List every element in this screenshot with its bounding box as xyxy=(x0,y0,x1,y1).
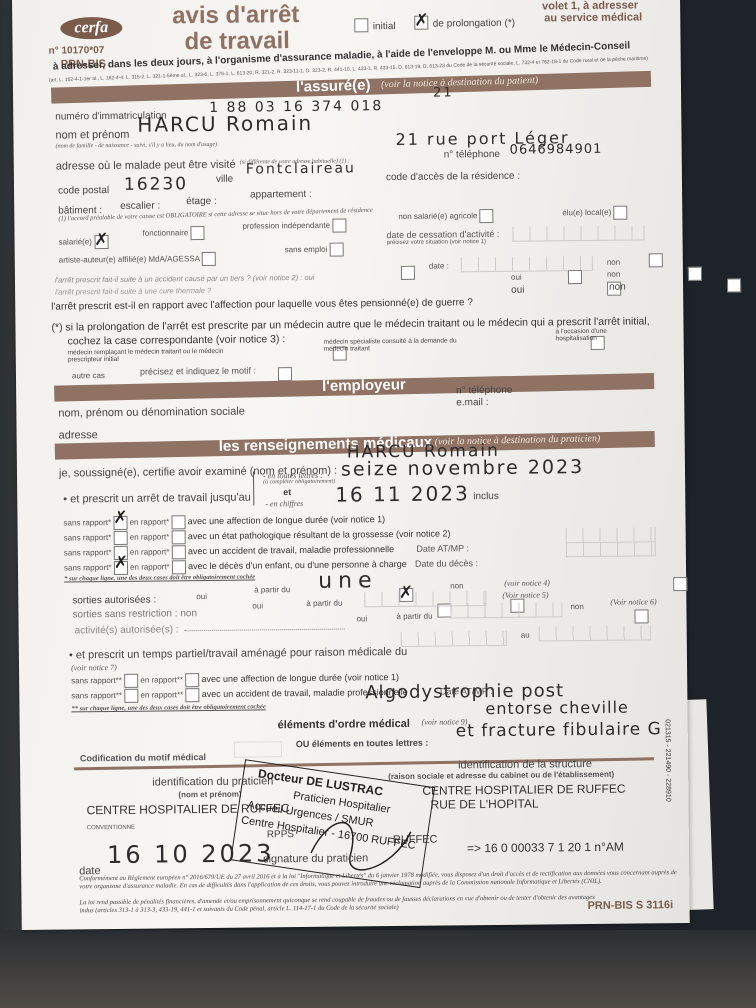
artiste-checkbox[interactable] xyxy=(202,252,216,266)
escalier-label: escalier : xyxy=(120,200,160,211)
temps-partiel-label: • et prescrit un temps partiel/travail a… xyxy=(69,646,407,662)
activites-a-partir-label: à partir du xyxy=(396,612,432,621)
voir-notice-6: (Voir notice 6) xyxy=(610,597,656,606)
telephone-label: n° téléphone xyxy=(444,149,500,161)
agricole-checkbox[interactable] xyxy=(480,209,494,223)
et-label: et xyxy=(283,487,291,497)
employeur-email-label: e.mail : xyxy=(456,397,488,408)
identification-structure-note: (raison sociale et adresse du cabinet ou… xyxy=(388,770,614,781)
partiel-atmp-sans-checkbox[interactable] xyxy=(124,689,138,703)
pension-non-checkbox[interactable] xyxy=(727,278,741,292)
page-title-line2: de travail xyxy=(184,27,290,56)
cure-question: l'arrêt prescrit fait-il suite à une cur… xyxy=(55,286,211,297)
autre-cas-label: autre cas xyxy=(72,371,105,380)
sorties-a-partir-label: à partir du xyxy=(254,585,290,594)
activites-oui-label: oui xyxy=(356,614,367,623)
immatriculation-key-field[interactable]: 21 xyxy=(433,85,454,100)
partiel-ald-sans-checkbox[interactable] xyxy=(124,674,138,688)
tiers-non-checkbox[interactable] xyxy=(649,253,663,267)
motif-label: précisez et indiquez le motif : xyxy=(140,365,256,376)
chiffres-label: - en chiffres xyxy=(265,499,303,508)
appartement-label: appartement : xyxy=(250,189,312,201)
volet-line2: au service médical xyxy=(544,11,642,24)
prolongation-note-2: cochez la case correspondante (voir noti… xyxy=(68,333,286,347)
activites-field[interactable] xyxy=(185,629,345,632)
chaque-ligne-note: * sur chaque ligne, une des deux cases d… xyxy=(64,573,255,582)
inclus-label: inclus xyxy=(473,491,499,502)
statut-elu[interactable]: élu(e) local(e) xyxy=(562,206,627,221)
sorties-date-field[interactable]: une xyxy=(318,568,378,594)
identification-praticien-note: (nom et prénom) xyxy=(178,790,241,800)
employeur-telephone-label: n° téléphone xyxy=(456,385,512,397)
date-deces-field[interactable] xyxy=(566,541,656,557)
cure-non-checkbox[interactable] xyxy=(688,267,702,281)
prolongation-option[interactable]: de prolongation (*) xyxy=(414,13,515,32)
etablissement-adresse: RUE DE L'HOPITAL xyxy=(430,797,538,812)
nom-note: (nom de famille - de naissance - suivi, … xyxy=(56,142,218,150)
elements-medicaux-label: éléments d'ordre médical xyxy=(278,718,410,731)
cerfa-logo: cerfa xyxy=(60,17,122,40)
statut-independant[interactable]: profession indépendante xyxy=(242,219,346,234)
statut-artiste[interactable]: artiste-auteur(e) affilié(e) MdA/AGESSA xyxy=(59,252,216,268)
codification-label: Codification du motif médical xyxy=(80,752,206,763)
signature-date-field[interactable]: 16 10 2023 xyxy=(107,839,275,869)
ald-en-rapport-checkbox[interactable] xyxy=(171,515,185,529)
hospitalisation-option[interactable]: à l'occasion d'une hospitalisation xyxy=(556,328,626,343)
sorties-oui-label: oui xyxy=(196,592,207,601)
sorties-sans-restriction-label: sorties sans restriction : non xyxy=(72,608,197,620)
statut-agricole[interactable]: non salarié(e) agricole xyxy=(398,209,494,224)
sans-restriction-oui-label: oui xyxy=(252,601,263,610)
voir-notice-5: (Voir notice 5) xyxy=(502,590,548,599)
legal-notice-1: Conformément au Règlement européen n° 20… xyxy=(79,869,679,891)
cessation-note: précisez votre situation (voir notice 1) xyxy=(387,239,486,246)
initial-checkbox[interactable] xyxy=(354,18,368,32)
page-title-line1: avis d'arrêt xyxy=(172,1,299,30)
tiers-oui-checkbox[interactable] xyxy=(401,266,415,280)
activites-non-label: non xyxy=(570,602,583,611)
grossesse-en-rapport-checkbox[interactable] xyxy=(171,530,185,544)
chaque-ligne-note-2: ** sur chaque ligne, une des deux cases … xyxy=(71,703,265,712)
conventionne-label: CONVENTIONNE xyxy=(87,825,135,832)
statut-salarie[interactable]: salarié(e) xyxy=(59,235,109,250)
form-reference: PRN-BIS S 3116i xyxy=(587,899,673,912)
code-postal-field[interactable]: 16230 xyxy=(124,174,188,195)
sick-leave-form: cerfa n° 10170*07 PRN-BIS avis d'arrêt d… xyxy=(12,0,690,930)
partiel-atmp-en-checkbox[interactable] xyxy=(185,688,199,702)
cessation-date-field[interactable] xyxy=(512,225,644,241)
temps-partiel-du-field[interactable] xyxy=(401,631,507,647)
employeur-nom-label: nom, prénom ou dénomination sociale xyxy=(58,406,245,420)
etablissement-right: CENTRE HOSPITALIER DE RUFFEC xyxy=(422,782,625,798)
grossesse-sans-rapport-checkbox[interactable] xyxy=(113,531,127,545)
sorties-non-label: non xyxy=(450,581,463,590)
table-surface-bottom xyxy=(0,930,756,1008)
arret-date-chiffres-field[interactable]: 16 11 2023 xyxy=(335,481,470,506)
legal-notice-2: La loi rend passible de pénalités financ… xyxy=(79,894,599,915)
sorties-non-checkbox[interactable] xyxy=(673,577,687,591)
prolongation-checkbox[interactable] xyxy=(414,15,428,29)
initial-option[interactable]: initial xyxy=(354,16,395,34)
medecin-remplacant-option[interactable]: médecin remplaçant le médecin traitant o… xyxy=(68,348,228,364)
temps-partiel-au-field[interactable] xyxy=(539,625,651,641)
elu-checkbox[interactable] xyxy=(613,206,627,220)
salarie-checkbox[interactable] xyxy=(94,235,108,249)
tiers-question: l'arrêt prescrit fait-il suite à un acci… xyxy=(55,273,315,285)
deces-sans-rapport-checkbox[interactable] xyxy=(114,561,128,575)
ville-field[interactable]: Fontclaireau xyxy=(246,160,356,177)
atmp-en-rapport-checkbox[interactable] xyxy=(172,545,186,559)
rapports-grid: sans rapport* en rapport* avec une affec… xyxy=(63,511,478,575)
telephone-field[interactable]: 0646984901 xyxy=(510,142,603,158)
activites-oui-checkbox[interactable] xyxy=(635,609,649,623)
sans-emploi-checkbox[interactable] xyxy=(330,243,344,257)
statut-sans-emploi[interactable]: sans emploi xyxy=(285,243,344,258)
ou-elements-label: OU éléments en toutes lettres : xyxy=(296,738,429,749)
activites-label: activité(s) autorisée(s) : xyxy=(75,624,179,636)
side-code-main: 021315 - 221490 - 228910 xyxy=(664,719,672,802)
form-number: n° 10170*07 xyxy=(49,45,105,57)
nom-label: nom et prénom xyxy=(55,129,129,142)
pension-question: l'arrêt prescrit est-il en rapport avec … xyxy=(51,297,473,312)
independant-checkbox[interactable] xyxy=(332,219,346,233)
activites-date-field[interactable] xyxy=(450,602,562,618)
signature-label: signature du praticien xyxy=(263,852,368,865)
voir-notice-4: (voir notice 4) xyxy=(504,578,550,587)
fonctionnaire-checkbox[interactable] xyxy=(190,226,204,240)
ville-label: ville xyxy=(216,174,233,185)
sans-restriction-a-partir-label: à partir du xyxy=(306,599,342,608)
medecin-specialiste-option[interactable]: médecin spécialiste consulté à la demand… xyxy=(324,337,474,353)
tiers-date-label: date : xyxy=(429,261,449,270)
code-postal-label: code postal xyxy=(58,185,109,197)
arret-date-lettres-field[interactable]: seize novembre 2023 xyxy=(341,456,584,481)
tiers-non-label: non xyxy=(607,258,620,267)
elements-line-3[interactable]: et fracture fibulaire G xyxy=(456,719,662,741)
elements-line-2[interactable]: entorse cheville xyxy=(485,698,629,718)
pension-oui-label: oui xyxy=(511,285,524,296)
temps-partiel-au-label: au xyxy=(521,631,530,640)
cure-oui-checkbox[interactable] xyxy=(568,270,582,284)
deces-en-rapport-checkbox[interactable] xyxy=(172,560,186,574)
cure-non-label: non xyxy=(607,270,620,279)
code-acces-label: code d'accès de la résidence : xyxy=(386,171,520,183)
sorties-label: sorties autorisées : xyxy=(72,595,156,607)
employeur-adresse-label: adresse xyxy=(59,429,98,441)
etage-label: étage : xyxy=(186,196,217,207)
codification-field[interactable] xyxy=(234,741,282,758)
employeur-section-header: l'employeur xyxy=(54,373,654,402)
am-number: => 16 0 00033 7 1 20 1 n°AM xyxy=(467,840,624,856)
statut-fonctionnaire[interactable]: fonctionnaire xyxy=(142,226,204,241)
lettres-note: (à compléter obligatoirement) xyxy=(263,479,335,486)
nom-field[interactable]: HARCU Romain xyxy=(137,111,313,137)
cure-oui-label: oui xyxy=(511,273,522,282)
rapport-row-deces: sans rapport* en rapport* avec le décès … xyxy=(64,556,478,575)
voir-notice-7: (voir notice 7) xyxy=(71,663,117,672)
pension-non-label: non xyxy=(609,282,626,293)
ald-sans-rapport-checkbox[interactable] xyxy=(113,516,127,530)
autre-cas-checkbox[interactable] xyxy=(278,367,292,381)
partiel-ald-en-checkbox[interactable] xyxy=(185,673,199,687)
arret-jusqu-au-label: • et prescrit un arrêt de travail jusqu'… xyxy=(63,492,251,506)
adresse-visite-label: adresse où le malade peut être visité xyxy=(56,159,236,173)
volet-line1: volet 1, à adresser xyxy=(542,0,638,12)
